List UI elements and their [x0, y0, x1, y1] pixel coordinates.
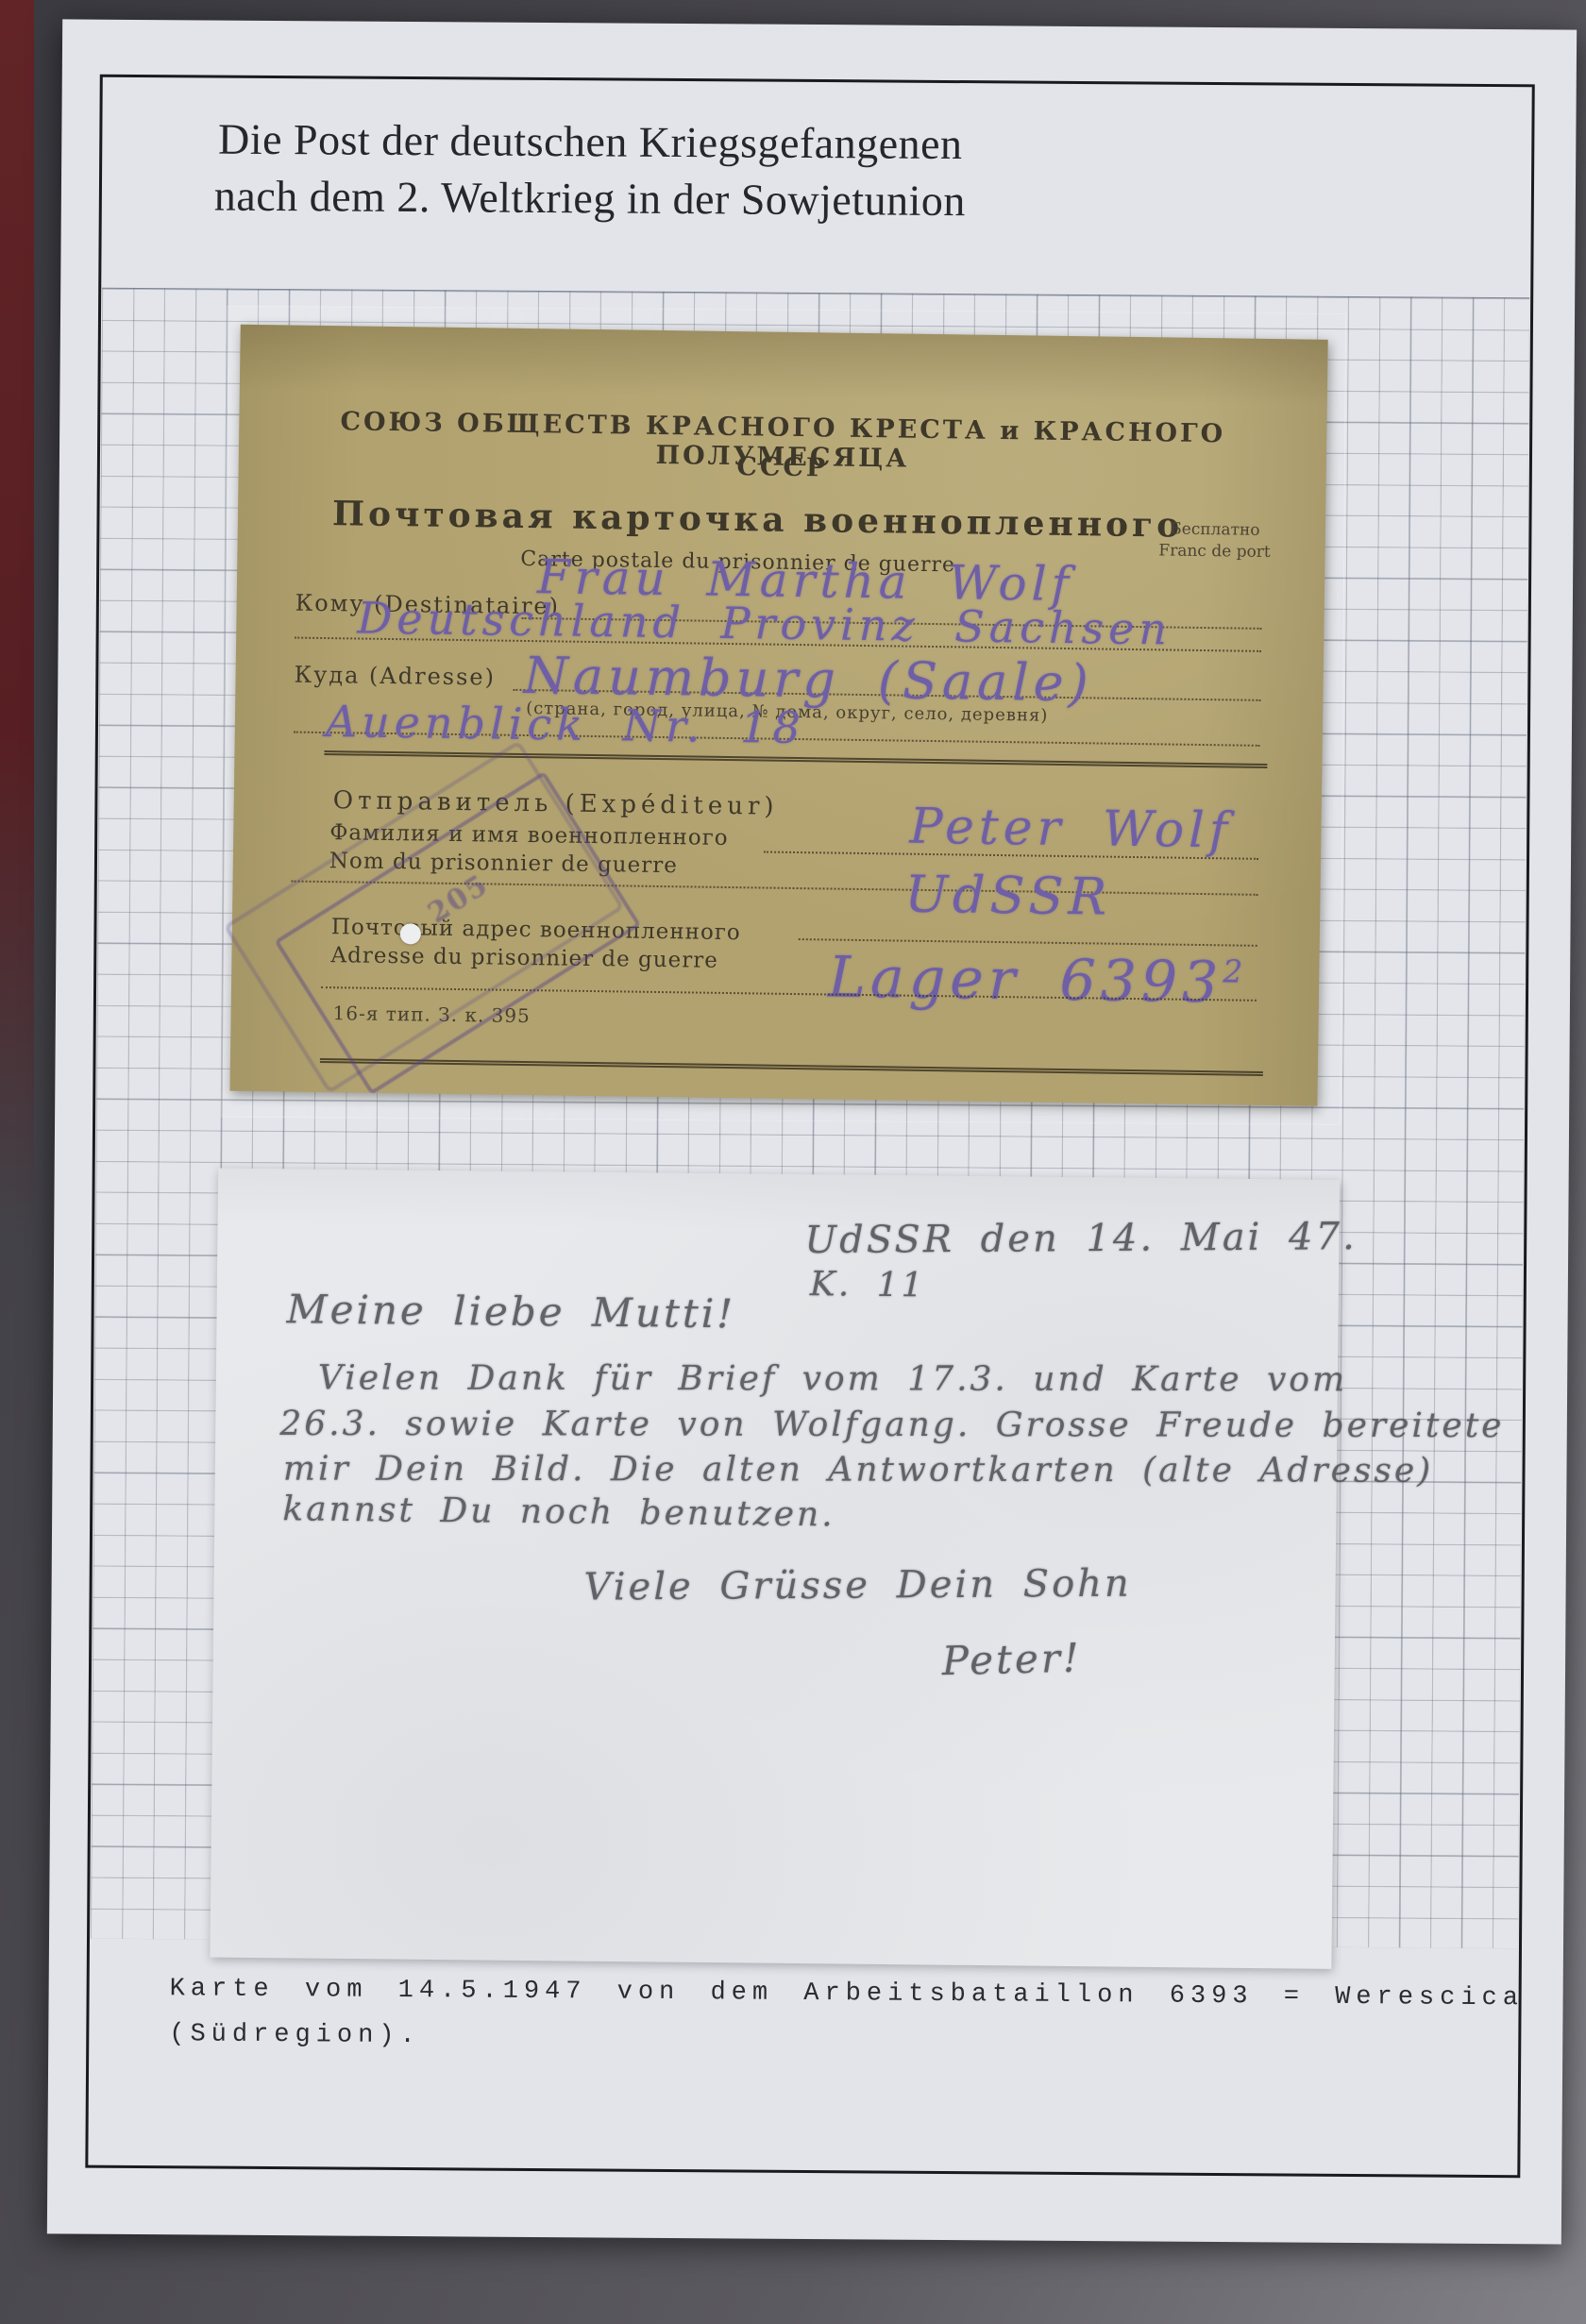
message-body-line1: Vielen Dank für Brief vom 17.3. und Kart…	[318, 1358, 1347, 1399]
handwritten-sender-camp: Lager 63932	[828, 945, 1248, 1017]
album-page: Die Post der deutschen Kriegsgefangenen …	[47, 19, 1577, 2244]
page-title-line1: Die Post der deutschen Kriegsgefangenen	[109, 110, 1071, 174]
page-title-line2: nach dem 2. Weltkrieg in der Sowjetunion	[109, 167, 1071, 230]
address-label: Куда (Adresse)	[294, 662, 496, 691]
handwritten-sender-country: UdSSR	[904, 865, 1112, 927]
postage-free-note: Бесплатно Franc de port	[1129, 518, 1300, 564]
message-body-line3: mir Dein Bild. Die alten Antwortkarten (…	[283, 1450, 1433, 1490]
message-dateline2: K. 11	[810, 1265, 926, 1305]
album-spine-edge	[0, 0, 34, 1227]
handwritten-sender-name: Peter Wolf	[909, 799, 1232, 860]
postcard-type-ru: Почтовая карточка военнопленного	[332, 494, 1184, 546]
camp-text: Lager 6393	[828, 945, 1223, 1017]
message-signature: Peter!	[941, 1635, 1082, 1685]
message-card: UdSSR den 14. Mai 47. K. 11 Meine liebe …	[210, 1169, 1340, 1969]
postage-free-fr: Franc de port	[1129, 540, 1299, 564]
caption-line2: (Südregion).	[169, 2012, 1524, 2066]
message-salutation: Meine liebe Mutti!	[286, 1286, 735, 1337]
postage-free-ru: Бесплатно	[1130, 518, 1300, 542]
camp-superscript: 2	[1223, 952, 1248, 989]
caption: Karte vom 14.5.1947 von dem Arbeitsbatai…	[169, 1966, 1524, 2066]
separator-rule	[320, 1058, 1263, 1076]
handwritten-to-region: Deutschland Provinz Sachsen	[357, 593, 1172, 655]
message-body-line4: kannst Du noch benutzen.	[282, 1490, 835, 1534]
page-title: Die Post der deutschen Kriegsgefangenen …	[109, 110, 1072, 230]
message-closing: Viele Grüsse Dein Sohn	[583, 1562, 1131, 1609]
message-body-line2: 26.3. sowie Karte von Wolfgang. Grosse F…	[279, 1405, 1504, 1445]
handwritten-to-street: Auenblick Nr. 18	[326, 696, 806, 753]
message-dateline: UdSSR den 14. Mai 47.	[804, 1215, 1358, 1262]
pow-postcard: СОЮЗ ОБЩЕСТВ КРАСНОГО КРЕСТА и КРАСНОГО …	[229, 325, 1327, 1106]
